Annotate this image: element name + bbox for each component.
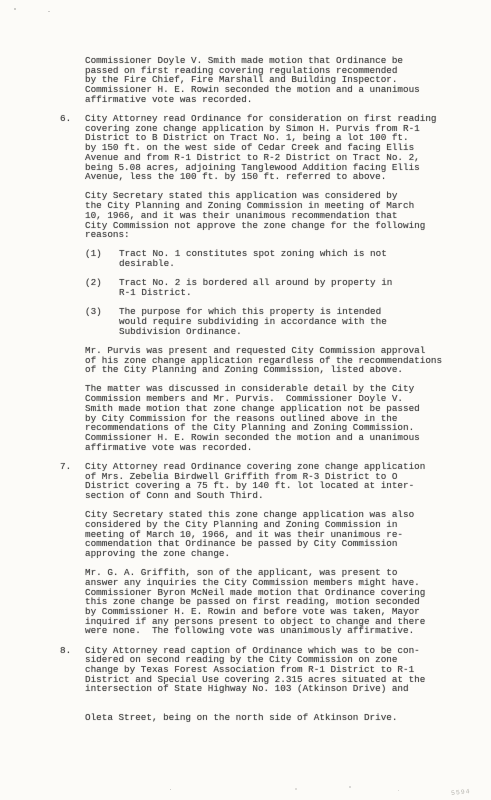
item-number	[60, 510, 85, 559]
paragraph-text: Oleta Street, being on the north side of…	[85, 713, 397, 723]
paragraph-text: Commissioner Doyle V. Smith made motion …	[85, 56, 420, 105]
item-number: (3)	[85, 307, 119, 336]
paragraph-text: Mr. Purvis was present and requested Cit…	[85, 346, 442, 375]
scan-artifact-number: 5594	[451, 788, 471, 797]
minutes-paragraph: City Secretary stated this zone change a…	[60, 510, 462, 559]
scan-speck	[48, 11, 50, 12]
item-number: 6.	[60, 114, 85, 182]
minutes-text-block: Commissioner Doyle V. Smith made motion …	[60, 56, 462, 723]
item-number: 7.	[60, 462, 85, 501]
paragraph-text: Tract No. 1 constitutes spot zoning whic…	[119, 249, 387, 268]
minutes-paragraph: The matter was discussed in considerable…	[60, 384, 462, 452]
scan-speck	[14, 8, 16, 10]
item-number	[60, 713, 85, 723]
minutes-paragraph: Oleta Street, being on the north side of…	[60, 713, 462, 723]
minutes-paragraph: 6.City Attorney read Ordinance for consi…	[60, 114, 462, 182]
scanned-minutes-page: Commissioner Doyle V. Smith made motion …	[0, 0, 491, 800]
paragraph-text: Mr. G. A. Griffith, son of the applicant…	[85, 568, 425, 636]
minutes-subitem: (3)The purpose for which this property i…	[60, 307, 462, 336]
paragraph-text: The purpose for which this property is i…	[119, 307, 387, 336]
minutes-paragraph: Commissioner Doyle V. Smith made motion …	[60, 56, 462, 105]
paragraph-text: City Attorney read Ordinance covering zo…	[85, 462, 425, 501]
scan-speck	[295, 788, 297, 790]
paragraph-text: City Attorney read Ordinance for conside…	[85, 114, 436, 182]
minutes-paragraph: 7.City Attorney read Ordinance covering …	[60, 462, 462, 501]
minutes-paragraph: Mr. Purvis was present and requested Cit…	[60, 346, 462, 375]
item-number	[60, 191, 85, 240]
scan-speck	[170, 789, 171, 790]
scan-speck	[349, 786, 351, 788]
paragraph-text: City Attorney read caption of Ordinance …	[85, 646, 425, 695]
minutes-subitem: (1)Tract No. 1 constitutes spot zoning w…	[60, 249, 462, 268]
minutes-paragraph: 8.City Attorney read caption of Ordinanc…	[60, 646, 462, 695]
item-number: (2)	[85, 278, 119, 297]
minutes-subitem: (2)Tract No. 2 is bordered all around by…	[60, 278, 462, 297]
minutes-paragraph: Mr. G. A. Griffith, son of the applicant…	[60, 568, 462, 636]
minutes-paragraph: City Secretary stated this application w…	[60, 191, 462, 240]
paragraph-text: City Secretary stated this application w…	[85, 191, 425, 240]
item-number	[60, 384, 85, 452]
item-number	[60, 56, 85, 105]
paragraph-text: Tract No. 2 is bordered all around by pr…	[119, 278, 392, 297]
paragraph-text: City Secretary stated this zone change a…	[85, 510, 414, 559]
scan-speck	[398, 790, 399, 791]
item-number: (1)	[85, 249, 119, 268]
paragraph-text: The matter was discussed in considerable…	[85, 384, 420, 452]
item-number: 8.	[60, 646, 85, 695]
item-number	[60, 346, 85, 375]
item-number	[60, 568, 85, 636]
